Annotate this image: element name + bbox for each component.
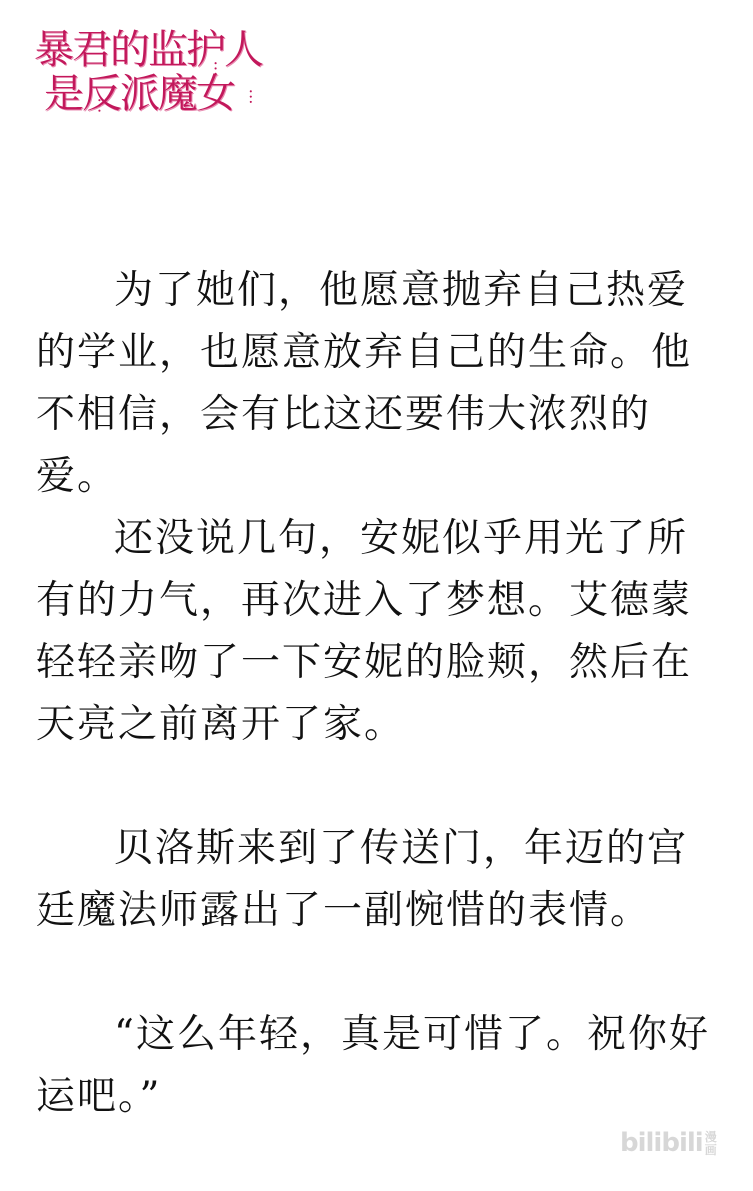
story-paragraph-2: 还没说几句，安妮似乎用光了所有的力气，再次进入了梦想。艾德蒙轻轻亲吻了一下安妮的…	[36, 508, 726, 756]
logo-ornament-icon	[34, 28, 274, 116]
comic-title-logo: 暴君的监护人 是反派魔女	[34, 28, 274, 116]
story-paragraph-4: “这么年轻，真是可惜了。祝你好运吧。”	[36, 1004, 726, 1128]
story-paragraph-3: 贝洛斯来到了传送门，年迈的宫廷魔法师露出了一副惋惜的表情。	[36, 818, 726, 942]
story-paragraph-1: 为了她们，他愿意抛弃自己热爱的学业，也愿意放弃自己的生命。他不相信，会有比这还要…	[36, 260, 726, 508]
watermark-brand: bilibili	[620, 1128, 703, 1158]
bilibili-watermark: bilibili漫画	[620, 1128, 719, 1158]
watermark-sub: 漫画	[705, 1131, 719, 1157]
